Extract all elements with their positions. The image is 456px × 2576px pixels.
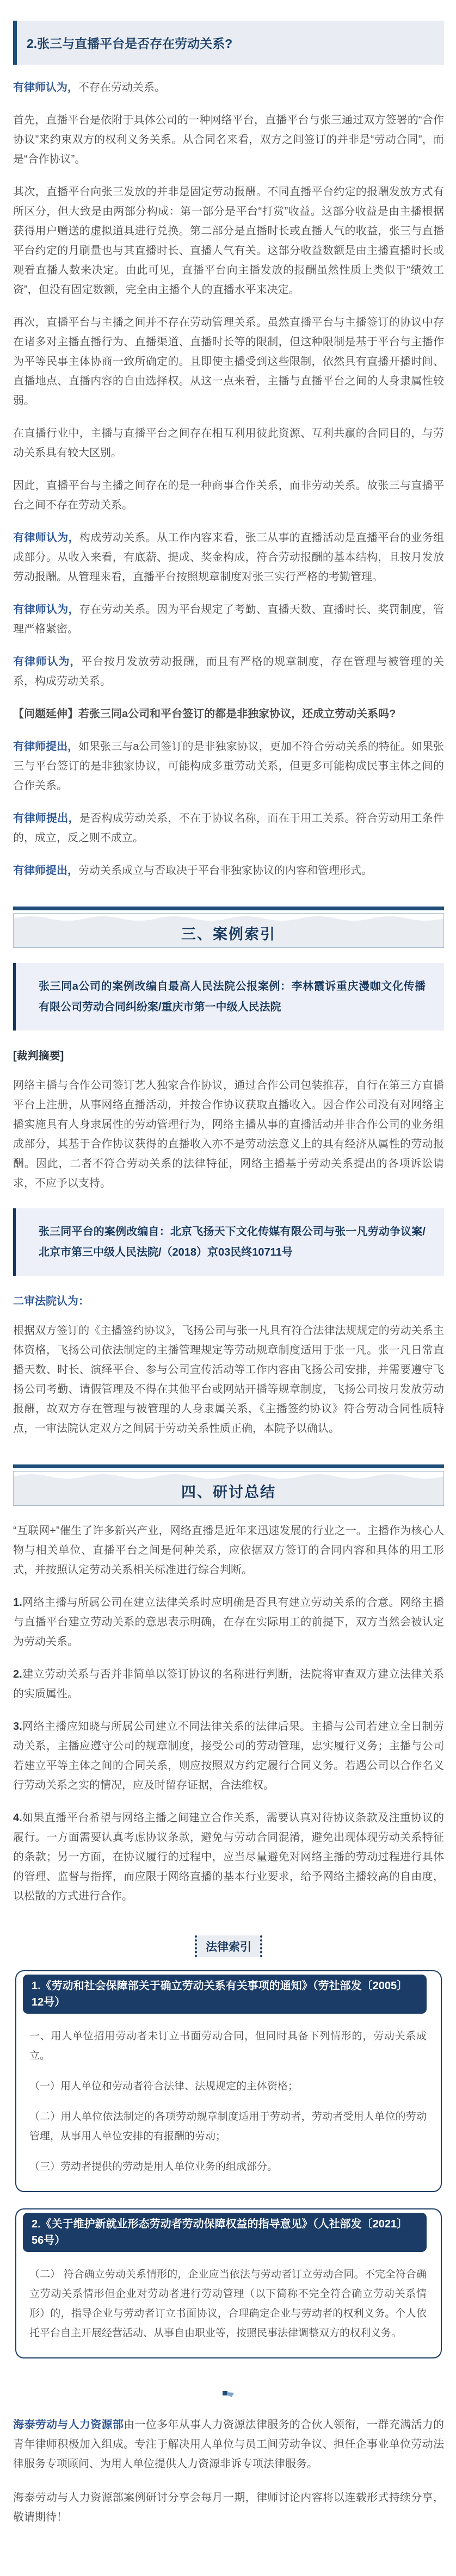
lawyer-proposal-lead: 有律师提出， xyxy=(13,865,78,877)
lawyer-opinion-lead: 有律师认为， xyxy=(13,604,79,616)
conclusion-line: 在直播行业中，主播与直播平台之间存在相互利用彼此资源、互利共赢的合同目的，与劳动… xyxy=(13,424,444,463)
court-opinion-text: 根据双方签订的《主播签约协议》，飞扬公司与张一凡具有符合法律法规规定的劳动关系主… xyxy=(13,1321,444,1438)
judgment-abstract-label: [裁判摘要] xyxy=(13,1047,444,1063)
team-name: 海泰劳动与人力资源部 xyxy=(13,2419,124,2431)
footer-about: 海泰劳动与人力资源部由一位多年从事人力资源法律服务的合伙人领衔，一群充满活力的青… xyxy=(13,2415,444,2474)
law-clause: （二） 符合确立劳动关系情形的，企业应当依法与劳动者订立劳动合同。不完全符合确立… xyxy=(29,2265,427,2343)
article-content: 2.张三与直播平台是否存在劳动关系? 有律师认为，不存在劳动关系。 首先，直播平… xyxy=(0,0,456,2576)
judgment-abstract-text: 网络主播与合作公司签订艺人独家合作协议，通过合作公司包装推荐，自行在第三方直播平… xyxy=(13,1076,444,1193)
law-card-title: 1.《劳动和社会保障部关于确立劳动关系有关事项的通知》（劳社部发〔2005〕12… xyxy=(23,1975,427,2014)
wave-decoration xyxy=(14,914,443,922)
section-header-summary: 四、研讨总结 xyxy=(13,1471,444,1506)
question-heading: 2.张三与直播平台是否存在劳动关系? xyxy=(13,21,444,65)
footer-icon-row xyxy=(13,2390,444,2401)
summary-point: 2.建立劳动关系与否并非简单以签订协议的名称进行判断，法院将审查双方建立法律关系… xyxy=(13,1665,444,1704)
logo-icon xyxy=(222,2390,235,2398)
law-card: 1.《劳动和社会保障部关于确立劳动关系有关事项的通知》（劳社部发〔2005〕12… xyxy=(15,1970,442,2192)
opinion-paragraph: 有律师提出，劳动关系成立与否取决于平台非独家协议的内容和管理形式。 xyxy=(13,861,444,880)
section-title: 四、研讨总结 xyxy=(181,1480,276,1501)
law-clause: 一、用人单位招用劳动者未订立书面劳动合同，但同时具备下列情形的，劳动关系成立。 xyxy=(29,2027,427,2066)
opinion-paragraph: 有律师认为，存在劳动关系。因为平台规定了考勤、直播天数、直播时长、奖罚制度，管理… xyxy=(13,600,444,639)
argument-paragraph-third: 再次，直播平台与主播之间并不存在劳动管理关系。虽然直播平台与主播签订的协议中存在… xyxy=(13,313,444,411)
point-number: 3. xyxy=(13,1721,22,1733)
opinion-paragraph: 有律师提出，是否构成劳动关系，不在于协议名称，而在于用工关系。符合劳动用工条件的… xyxy=(13,809,444,848)
argument-paragraph-first: 首先，直播平台是依附于具体公司的一种网络平台，直播平台与张三通过双方签署的“合作… xyxy=(13,110,444,169)
section-divider-bar xyxy=(13,907,444,910)
section-divider-bar xyxy=(13,1464,444,1468)
summary-point: 1.网络主播与所属公司在建立法律关系时应明确是否具有建立劳动关系的合意。网络主播… xyxy=(13,1593,444,1652)
conclusion-line: 因此，直播平台与主播之间存在的是一种商事合作关系，而非劳动关系。故张三与直播平台… xyxy=(13,476,444,515)
wave-decoration xyxy=(14,1472,443,1480)
extension-question: 【问题延伸】若张三同a公司和平台签订的都是非独家协议，还成立劳动关系吗? xyxy=(13,704,444,724)
law-card-title: 2.《关于维护新就业形态劳动者劳动保障权益的指导意见》（人社部发〔2021〕56… xyxy=(23,2213,427,2252)
point-number: 2. xyxy=(13,1668,22,1680)
law-clause: （三）劳动者提供的劳动是用人单位业务的组成部分。 xyxy=(29,2157,427,2177)
footer-section: 海泰劳动与人力资源部由一位多年从事人力资源法律服务的合伙人领衔，一群充满活力的青… xyxy=(13,2390,444,2527)
summary-point: 4.如果直播平台希望与网络主播之间建立合作关系，需要认真对待协议条款及注重协议的… xyxy=(13,1808,444,1906)
law-index-badge: 法律索引 xyxy=(195,1935,262,1957)
opinion-paragraph: 有律师认为，不存在劳动关系。 xyxy=(13,78,444,97)
lawyer-proposal-lead: 有律师提出， xyxy=(13,741,78,753)
law-card: 2.《关于维护新就业形态劳动者劳动保障权益的指导意见》（人社部发〔2021〕56… xyxy=(15,2208,442,2358)
law-clause: （二）用人单位依法制定的各项劳动规章制度适用于劳动者，劳动者受用人单位的劳动管理… xyxy=(29,2107,427,2146)
opinion-text: 不存在劳动关系。 xyxy=(78,82,165,94)
summary-intro: “互联网+”催生了许多新兴产业，网络直播是近年来迅速发展的行业之一。主播作为核心… xyxy=(13,1521,444,1580)
point-text: 网络主播与所属公司在建立法律关系时应明确是否具有建立劳动关系的合意。网络主播与直… xyxy=(13,1597,444,1648)
section-title: 三、案例索引 xyxy=(181,922,276,944)
argument-paragraph-second: 其次，直播平台向张三发放的并非是固定劳动报酬。不同直播平台约定的报酬发放方式有所… xyxy=(13,182,444,300)
footer-closing: 海泰劳动与人力资源部案例研讨分享会每月一期，律师讨论内容将以连载形式持续分享，敬… xyxy=(13,2488,444,2527)
point-text: 建立劳动关系与否并非简单以签订协议的名称进行判断，法院将审查双方建立法律关系的实… xyxy=(13,1668,444,1700)
case-reference-box: 张三同a公司的案例改编自最高人民法院公报案例：李林霞诉重庆漫咖文化传播有限公司劳… xyxy=(13,963,444,1031)
summary-point: 3.网络主播应知晓与所属公司建立不同法律关系的法律后果。主播与公司若建立全日制劳… xyxy=(13,1717,444,1795)
point-number: 1. xyxy=(13,1597,22,1609)
law-clause: （一）用人单位和劳动者符合法律、法规规定的主体资格； xyxy=(29,2077,427,2096)
opinion-text: 劳动关系成立与否取决于平台非独家协议的内容和管理形式。 xyxy=(78,865,372,877)
lawyer-opinion-lead: 有律师认为， xyxy=(13,656,81,668)
law-index-badge-row: 法律索引 xyxy=(13,1935,444,1957)
case-reference-box: 张三同平台的案例改编自：北京飞扬天下文化传媒有限公司与张一凡劳动争议案/北京市第… xyxy=(13,1208,444,1276)
opinion-paragraph: 有律师认为，构成劳动关系。从工作内容来看，张三从事的直播活动是直播平台的业务组成… xyxy=(13,528,444,587)
lawyer-proposal-lead: 有律师提出， xyxy=(13,812,79,824)
lawyer-opinion-lead: 有律师认为， xyxy=(13,532,79,544)
court-opinion-lead: 二审法院认为： xyxy=(13,1292,444,1308)
point-text: 如果直播平台希望与网络主播之间建立合作关系，需要认真对待协议条款及注重协议的履行… xyxy=(13,1812,444,1902)
opinion-paragraph: 有律师认为，平台按月发放劳动报酬，而且有严格的规章制度，存在管理与被管理的关系，… xyxy=(13,652,444,691)
point-number: 4. xyxy=(13,1812,22,1824)
opinion-paragraph: 有律师提出，如果张三与a公司签订的是非独家协议，更加不符合劳动关系的特征。如果张… xyxy=(13,737,444,796)
point-text: 网络主播应知晓与所属公司建立不同法律关系的法律后果。主播与公司若建立全日制劳动关… xyxy=(13,1721,444,1791)
lawyer-opinion-lead: 有律师认为， xyxy=(13,82,78,94)
section-header-case-index: 三、案例索引 xyxy=(13,913,444,948)
